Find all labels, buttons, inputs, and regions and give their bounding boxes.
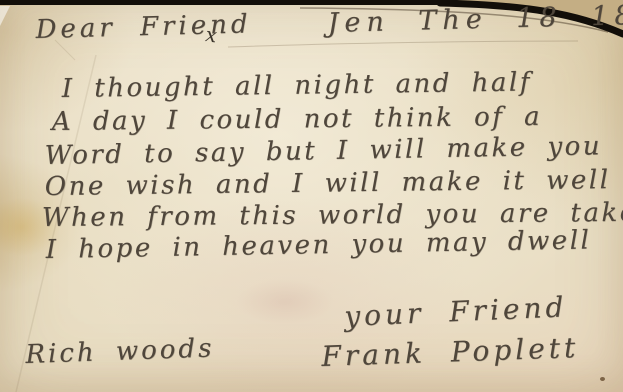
paper-stain: [220, 272, 350, 332]
ink-speck: [600, 377, 605, 381]
salutation: Dear Friend: [35, 9, 252, 45]
album-page-photo: Dear Friend x Jen The 18 1887 I thought …: [0, 0, 623, 392]
poem-line: A day I could not think of a: [52, 102, 543, 137]
